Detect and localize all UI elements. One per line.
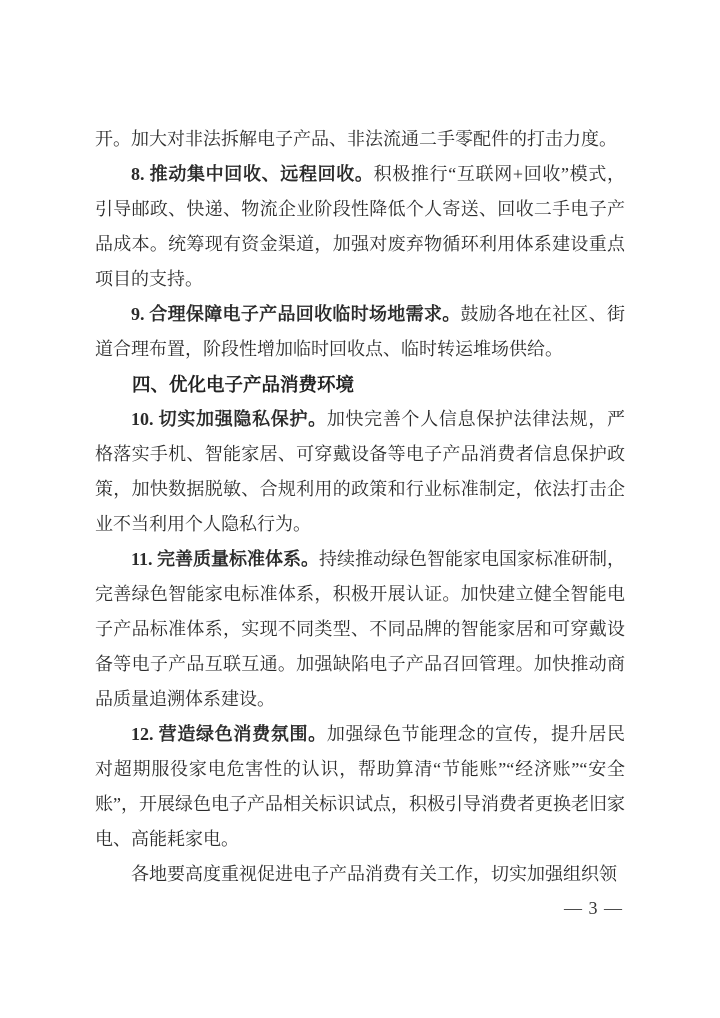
paragraph-item-9: 9. 合理保障电子产品回收临时场地需求。鼓励各地在社区、街道合理布置，阶段性增加… bbox=[95, 297, 625, 367]
paragraph-closing: 各地要高度重视促进电子产品消费有关工作，切实加强组织领 bbox=[95, 857, 625, 892]
paragraph-item-11-text: 持续推动绿色智能家电国家标准研制，完善绿色智能家电标准体系，积极开展认证。加快建… bbox=[95, 549, 625, 709]
document-body: 开。加大对非法拆解电子产品、非法流通二手零配件的打击力度。 8. 推动集中回收、… bbox=[95, 122, 625, 892]
page-number: — 3 — bbox=[95, 898, 625, 919]
paragraph-item-10: 10. 切实加强隐私保护。加快完善个人信息保护法律法规，严格落实手机、智能家居、… bbox=[95, 402, 625, 542]
paragraph-item-10-lead: 10. 切实加强隐私保护。 bbox=[131, 409, 327, 429]
paragraph-item-11-lead: 11. 完善质量标准体系。 bbox=[131, 549, 319, 569]
paragraph-continuation: 开。加大对非法拆解电子产品、非法流通二手零配件的打击力度。 bbox=[95, 122, 625, 157]
paragraph-item-8-lead: 8. 推动集中回收、远程回收。 bbox=[131, 164, 374, 184]
paragraph-item-8: 8. 推动集中回收、远程回收。积极推行“互联网+回收”模式，引导邮政、快递、物流… bbox=[95, 157, 625, 297]
paragraph-item-12-lead: 12. 营造绿色消费氛围。 bbox=[131, 724, 327, 744]
paragraph-item-12: 12. 营造绿色消费氛围。加强绿色节能理念的宣传，提升居民对超期服役家电危害性的… bbox=[95, 717, 625, 857]
section-heading-4: 四、优化电子产品消费环境 bbox=[95, 367, 625, 402]
paragraph-item-11: 11. 完善质量标准体系。持续推动绿色智能家电国家标准研制，完善绿色智能家电标准… bbox=[95, 542, 625, 717]
document-page: 开。加大对非法拆解电子产品、非法流通二手零配件的打击力度。 8. 推动集中回收、… bbox=[0, 0, 720, 1018]
paragraph-item-9-lead: 9. 合理保障电子产品回收临时场地需求。 bbox=[131, 304, 461, 324]
